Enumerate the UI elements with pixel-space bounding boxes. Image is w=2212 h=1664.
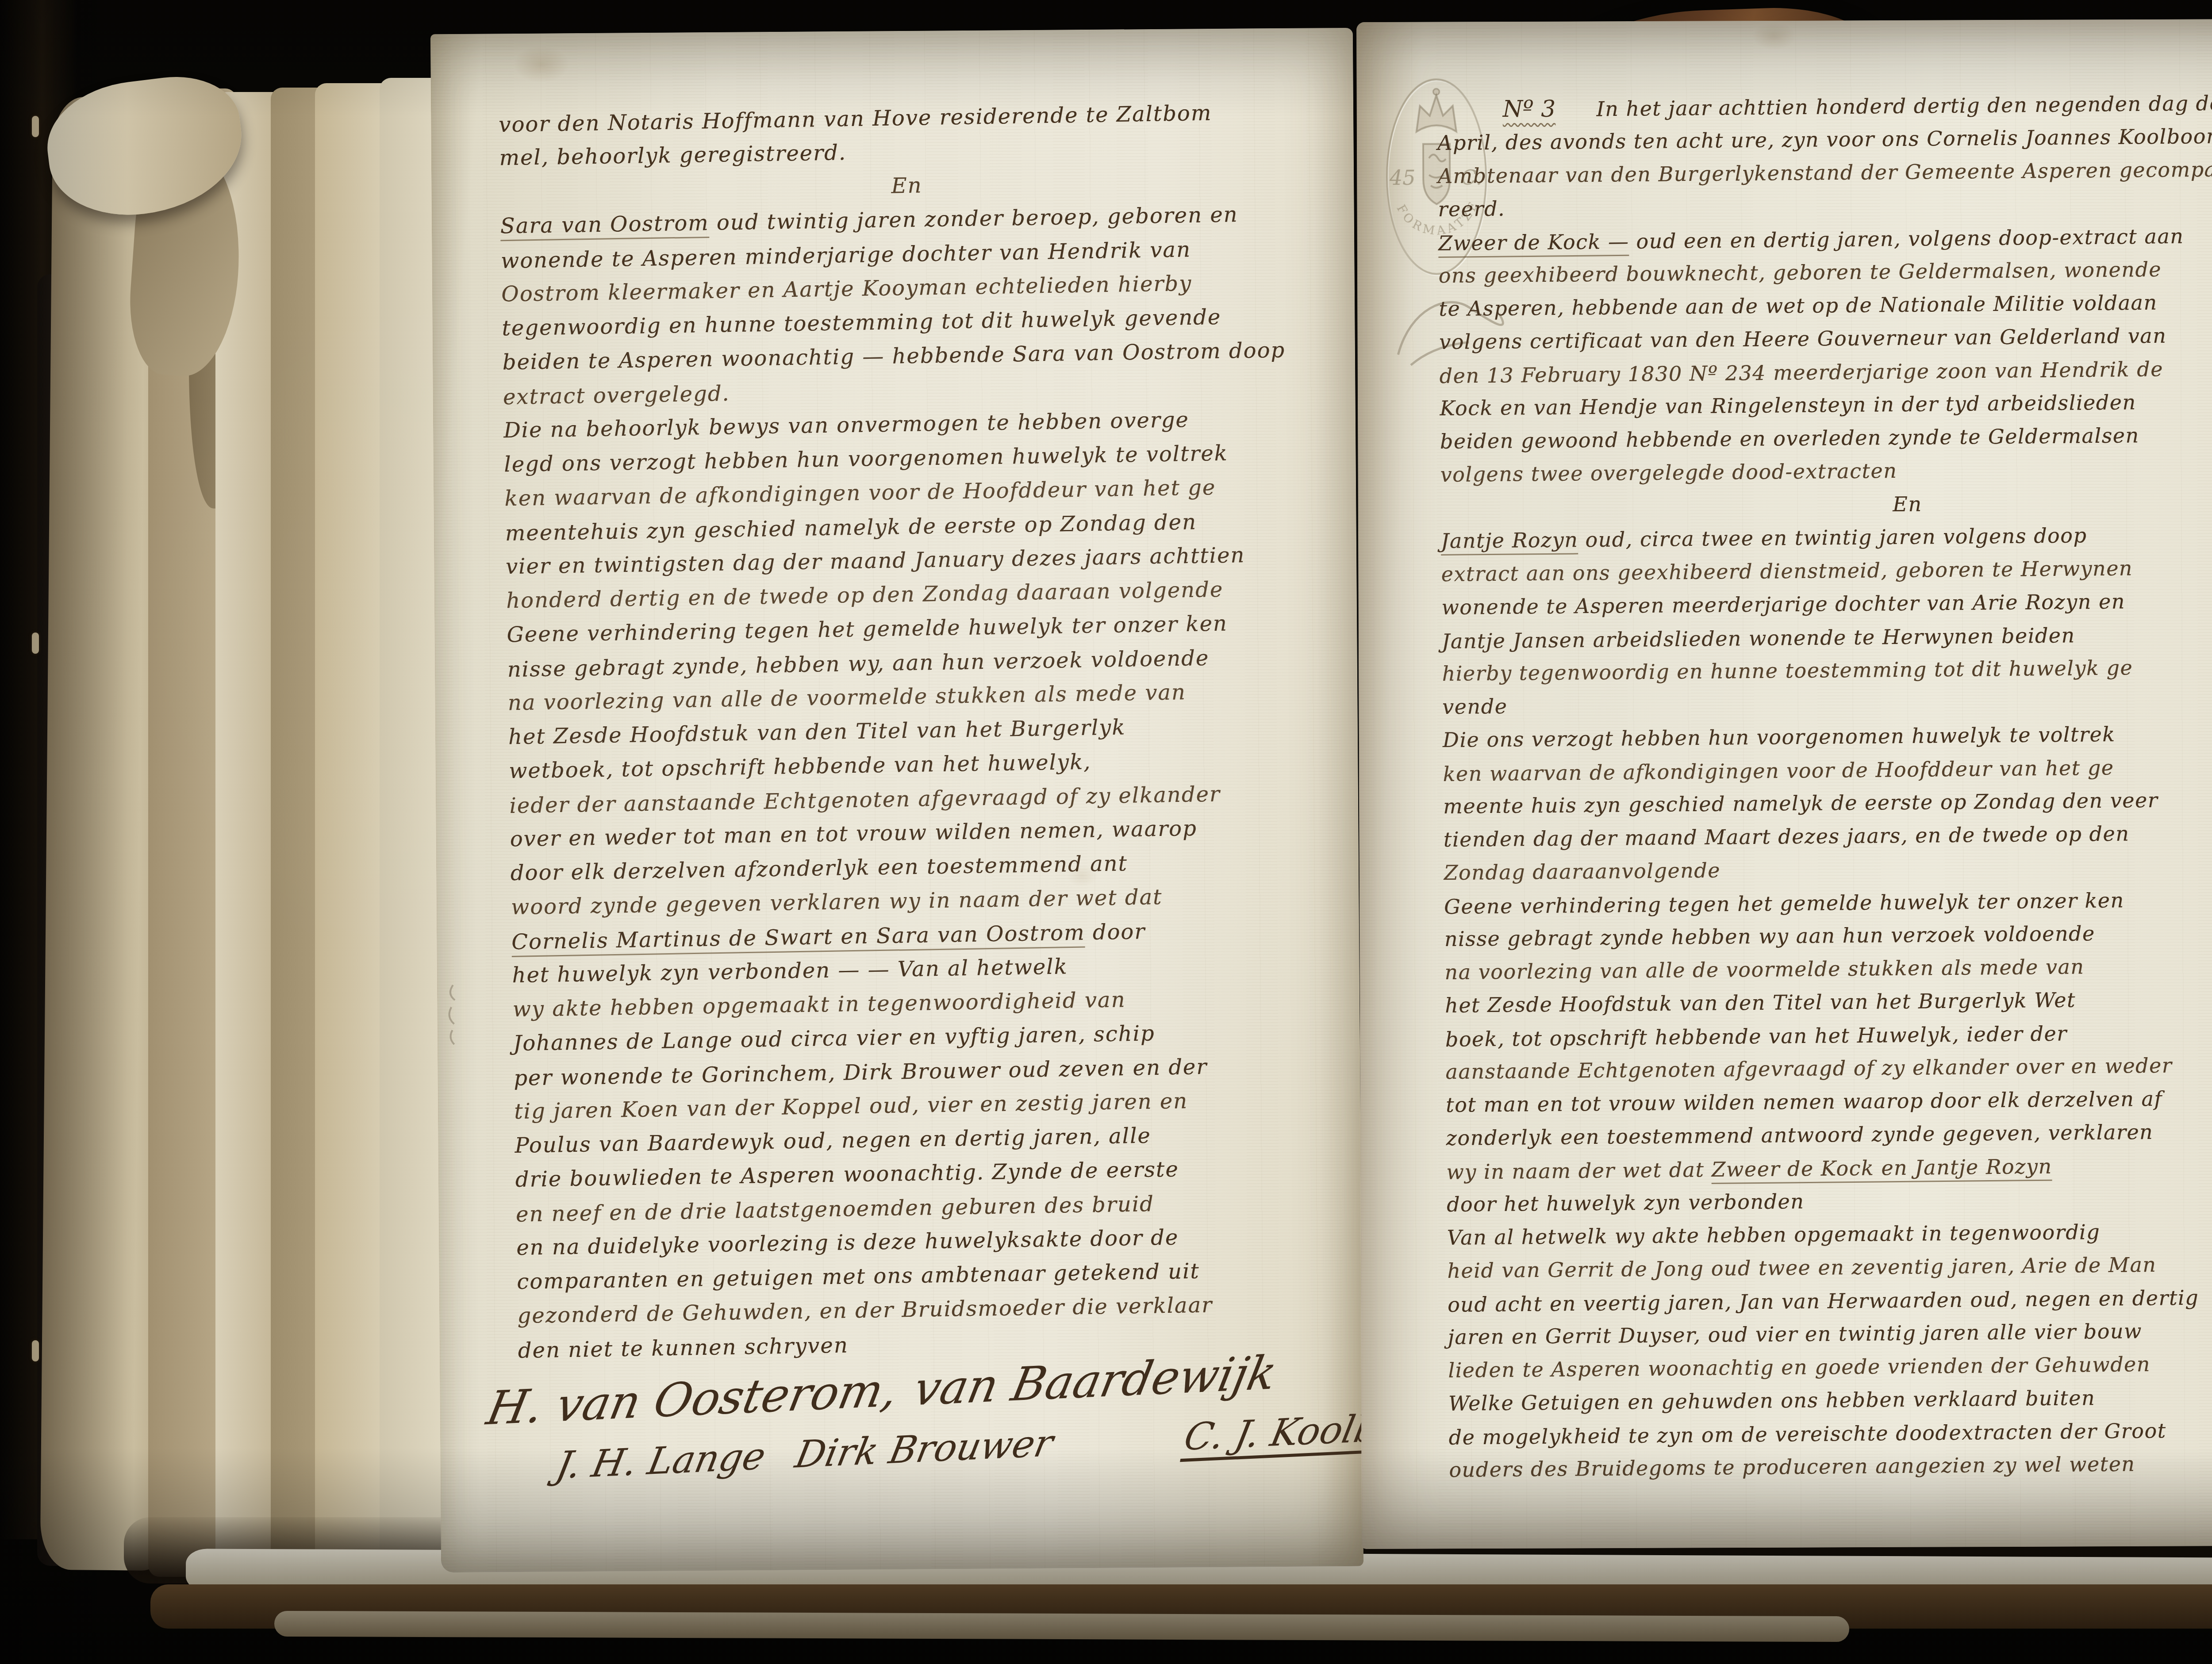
signature: J. H. Lange [553, 1434, 769, 1487]
photograph-background: voor den Notaris Hoffmann van Hove resid… [0, 0, 2212, 1664]
underlined-name: Sara van Oostrom [500, 211, 709, 241]
signature: H. van Oosterom, [482, 1362, 902, 1435]
manuscript-line: In het jaar achttien honderd dertig den … [1437, 85, 2212, 127]
binding-stitch [32, 116, 39, 137]
right-page-text: In het jaar achttien honderd dertig den … [1437, 85, 2212, 1520]
underlined-name: Zweer de Kock en Jantje Rozyn [1711, 1154, 2052, 1184]
stamp-value: 45 [1389, 166, 1416, 190]
left-page: voor den Notaris Hoffmann van Hove resid… [430, 28, 1363, 1572]
left-page-text: voor den Notaris Hoffmann van Hove resid… [499, 94, 1333, 1367]
underlined-name: Jantje Rozyn [1441, 528, 1578, 556]
right-page: 45 C. FORMAATZEGEL 1073. Nº 3 In het jaa… [1356, 19, 2212, 1549]
page-edge-strip [274, 1611, 1849, 1642]
underlined-name: Zweer de Kock — [1438, 230, 1629, 258]
signature: Dirk Brouwer [791, 1421, 1057, 1476]
margin-pencil-marks [440, 981, 467, 1051]
